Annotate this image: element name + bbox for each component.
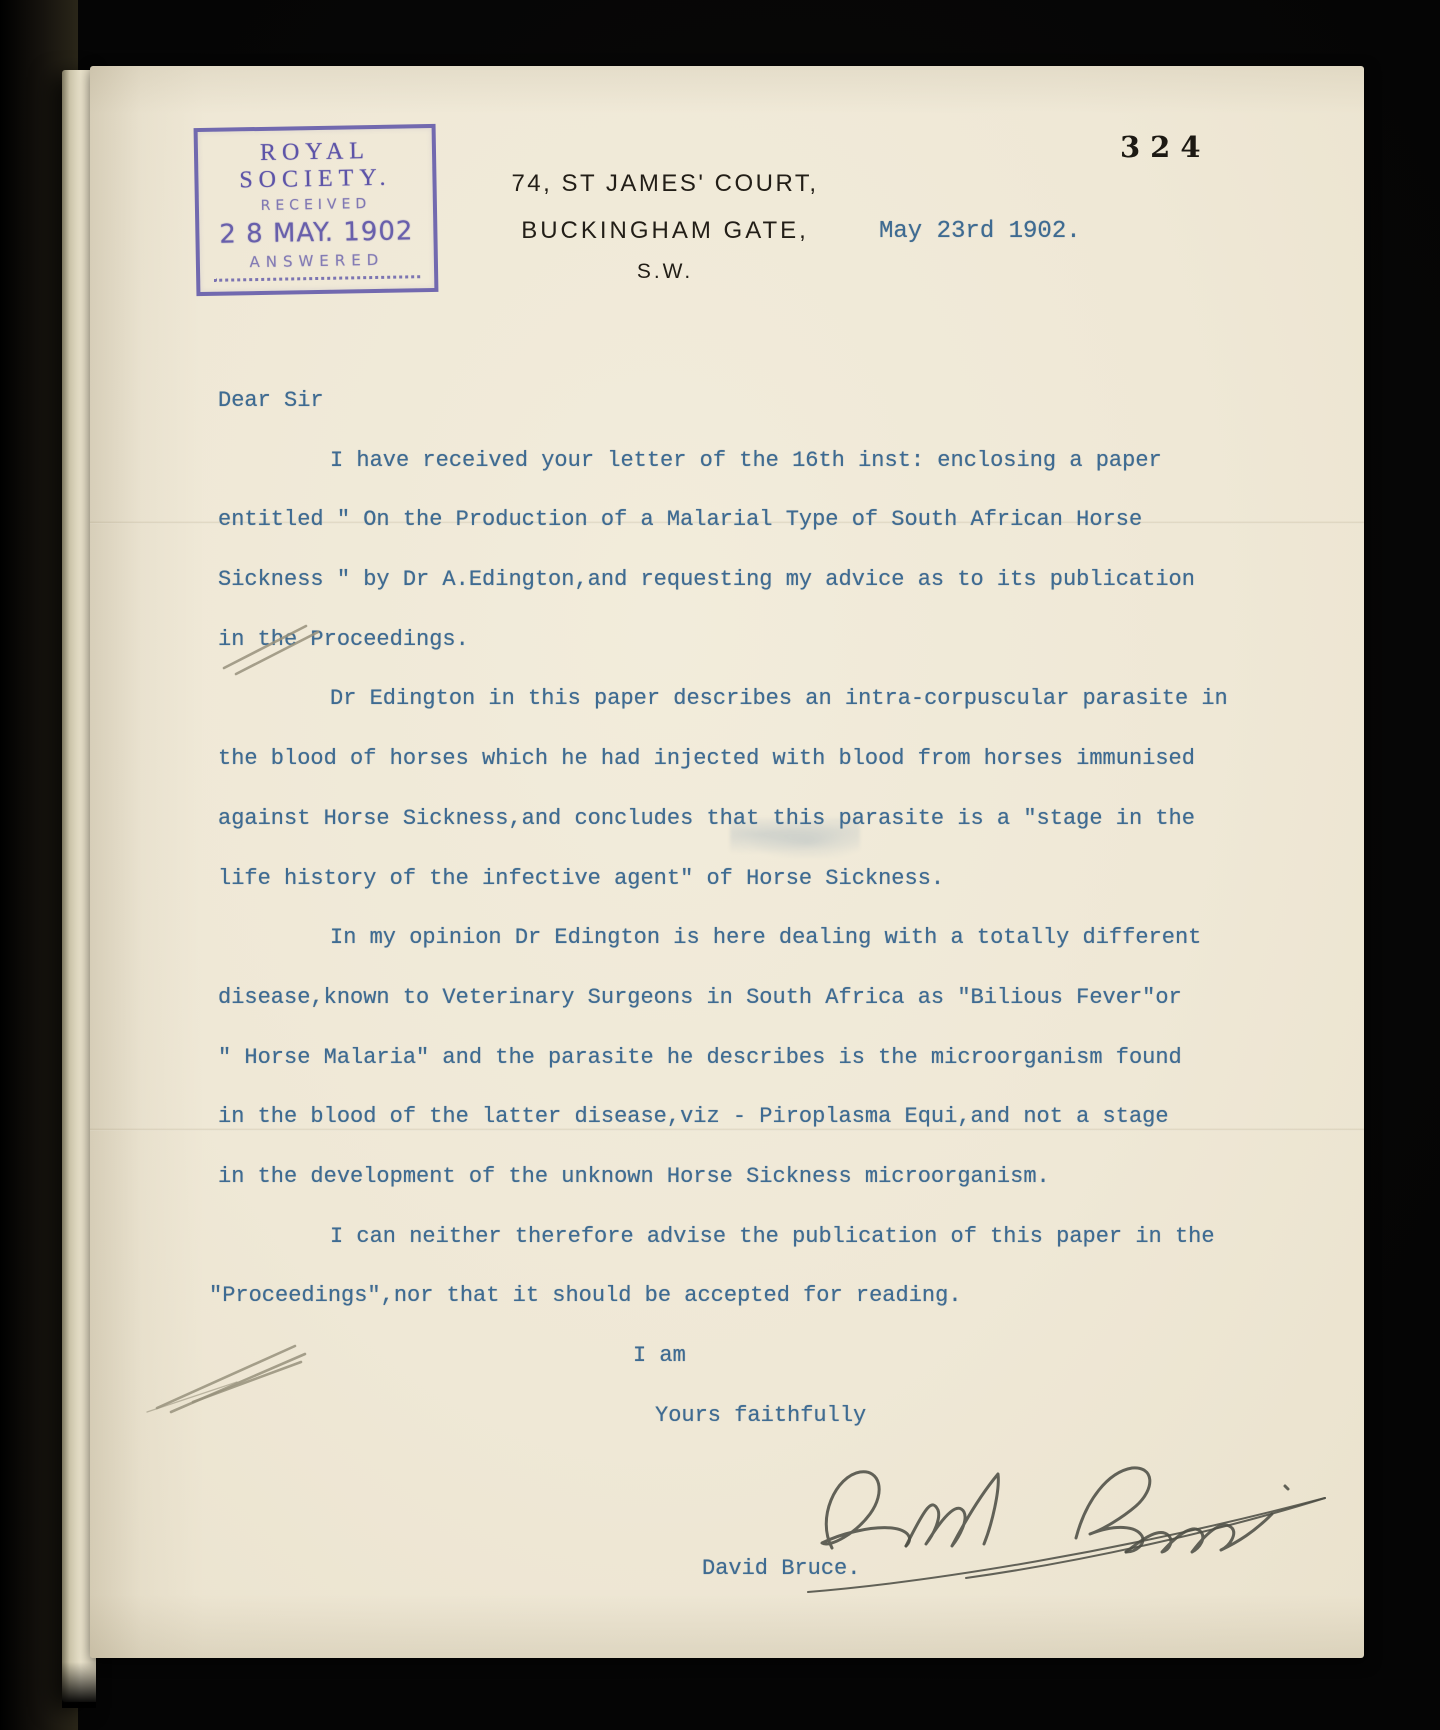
stamp-received-date: 2 8 MAY. 1902 bbox=[199, 216, 433, 250]
letter-body: Dear Sir I have received your letter of … bbox=[218, 388, 1343, 1462]
letter-line: In my opinion Dr Edington is here dealin… bbox=[218, 925, 1343, 985]
letterhead-address-line3: S.W. bbox=[430, 260, 900, 284]
letterhead-address-line2: BUCKINGHAM GATE, bbox=[430, 217, 900, 245]
letter-line: Sickness " by Dr A.Edington,and requesti… bbox=[218, 567, 1343, 627]
letter-line: I have received your letter of the 16th … bbox=[218, 448, 1343, 508]
letter-line: I can neither therefore advise the publi… bbox=[218, 1224, 1343, 1284]
letter-line: in the blood of the latter disease,viz -… bbox=[218, 1104, 1343, 1164]
letter-line: disease,known to Veterinary Surgeons in … bbox=[218, 985, 1343, 1045]
letter-line: in the Proceedings. bbox=[218, 627, 1343, 687]
photo-background: ROYAL SOCIETY. RECEIVED 2 8 MAY. 1902 AN… bbox=[0, 0, 1440, 1730]
letter-line: " Horse Malaria" and the parasite he des… bbox=[218, 1045, 1343, 1105]
salutation: Dear Sir bbox=[218, 388, 1343, 448]
royal-society-received-stamp: ROYAL SOCIETY. RECEIVED 2 8 MAY. 1902 AN… bbox=[194, 124, 439, 296]
letter-line: the blood of horses which he had injecte… bbox=[218, 746, 1343, 806]
signature-david-bruce bbox=[780, 1440, 1350, 1615]
stamp-dotted-line bbox=[214, 275, 420, 282]
closing-i-am: I am bbox=[218, 1343, 1343, 1403]
letter-line: "Proceedings",nor that it should be acce… bbox=[209, 1283, 1343, 1343]
stamp-answered-label: ANSWERED bbox=[200, 250, 434, 272]
date-line: May 23rd 1902. bbox=[879, 218, 1081, 245]
stamp-organisation: ROYAL SOCIETY. bbox=[198, 137, 433, 195]
letter-line: in the development of the unknown Horse … bbox=[218, 1164, 1343, 1224]
letter-line: Dr Edington in this paper describes an i… bbox=[218, 686, 1343, 746]
letter-line: entitled " On the Production of a Malari… bbox=[218, 507, 1343, 567]
folio-number: 324 bbox=[1120, 130, 1211, 164]
letterhead: 74, ST JAMES' COURT, BUCKINGHAM GATE, S.… bbox=[430, 170, 900, 284]
typed-signature-name: David Bruce. bbox=[702, 1556, 860, 1581]
letter-page: ROYAL SOCIETY. RECEIVED 2 8 MAY. 1902 AN… bbox=[90, 66, 1364, 1658]
letterhead-address-line1: 74, ST JAMES' COURT, bbox=[430, 170, 900, 198]
letter-line: life history of the infective agent" of … bbox=[218, 866, 1343, 926]
stamp-received-label: RECEIVED bbox=[199, 195, 433, 215]
ink-smudge bbox=[730, 818, 860, 858]
